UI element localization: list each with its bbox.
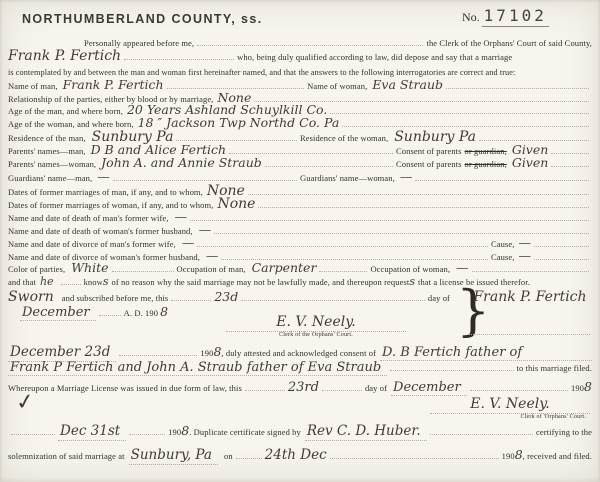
blank-line <box>330 113 589 114</box>
blank-line <box>124 59 234 60</box>
clerk-of-court-text: the Clerk of the Orphans' Court of said … <box>426 38 592 48</box>
residence-man-label: Residence of the man, <box>8 133 86 143</box>
cause-value-2: — <box>519 250 532 263</box>
sworn-handwritten: Sworn <box>8 290 54 304</box>
jurat-year-value: 8 <box>160 306 168 319</box>
consent-woman-value: Given <box>512 157 549 170</box>
blank-line <box>99 315 121 316</box>
death-mans-wife-label: Name and date of death of man's former w… <box>8 213 169 223</box>
blank-line <box>534 259 589 260</box>
guardians-row: Guardians' name—man, — Guardians' name—w… <box>8 171 592 184</box>
cause-label-2: Cause, <box>491 252 515 262</box>
blank-line <box>319 271 367 272</box>
contemplated-text: is contemplated by and between the man a… <box>8 68 515 77</box>
blank-line <box>534 246 589 247</box>
occupation-woman-value: — <box>456 262 469 275</box>
consent-man-label: Consent of parents <box>396 146 462 156</box>
ad-printed-text: A. D. 190 <box>124 308 158 318</box>
color-label: Color of parties, <box>8 264 65 274</box>
duplicate-row-2: solemnization of said marriage at Sunbur… <box>8 449 592 465</box>
license-year-value: 8 <box>584 381 592 394</box>
clerk-signature-1: E. V. Neely. <box>226 314 406 332</box>
consent-woman-label: Consent of parents <box>396 159 462 169</box>
duplicate-certificate-text: . Duplicate certificate signed by <box>189 427 301 437</box>
license-issued-row: Whereupon a Marriage License was issued … <box>8 381 592 396</box>
duplicate-year-printed: 190 <box>168 427 181 437</box>
affirmation-pre-text: and that <box>8 277 36 287</box>
intro-line-2: Frank P. Fertich who, being duly qualifi… <box>8 49 592 63</box>
duplicate-date-value: Dec 31st <box>58 425 126 441</box>
age-woman-value: 18 ″ Jackson Twp Northd Co. Pa <box>138 117 340 130</box>
parents-woman-value: John A. and Annie Straub <box>101 157 262 170</box>
guardian-woman-label: Guardians' name—woman, <box>300 173 395 183</box>
affirmation-mid-text: of no reason why the said marriage may n… <box>112 277 410 287</box>
blank-line <box>390 370 513 371</box>
consent-man-struck-text: or guardian, <box>465 146 507 156</box>
intro-line-3: is contemplated by and between the man a… <box>8 68 592 77</box>
day-of-text: day of <box>428 293 450 303</box>
parents-man-row: Parents' names—man, D B and Alice Fertic… <box>8 144 592 157</box>
license-issued-text: Whereupon a Marriage License was issued … <box>8 383 242 393</box>
name-of-woman-label: Name of woman, <box>307 81 367 91</box>
duplicate-row-1: Dec 31st 190 8 . Duplicate certificate s… <box>8 425 592 441</box>
affirmation-he-value: he <box>40 276 54 287</box>
on-text: on <box>224 451 233 461</box>
applicant-signature: Frank P. Fertich <box>473 289 586 305</box>
parents-woman-label: Parents' names—woman, <box>8 159 96 169</box>
jurat-row-1: Sworn and subscribed before me, this 23d… <box>8 290 450 304</box>
license-day-value: 23rd <box>288 381 319 394</box>
guardian-man-label: Guardians' name—man, <box>8 173 92 183</box>
blank-signature-line <box>468 334 590 335</box>
blank-line <box>176 140 297 141</box>
blank-line <box>470 390 568 391</box>
blank-line <box>129 434 165 435</box>
age-woman-row: Age of the woman, and where born, 18 ″ J… <box>8 117 592 130</box>
duplicate-signer-value: Rev C. D. Huber. <box>305 425 427 441</box>
blank-line <box>241 300 425 301</box>
guardian-woman-value: — <box>400 171 413 184</box>
blank-line <box>197 45 423 46</box>
intro-line-1: Personally appeared before me, the Clerk… <box>84 38 592 48</box>
blank-line <box>322 390 362 391</box>
parents-woman-row: Parents' names—woman, John A. and Annie … <box>8 157 592 170</box>
affirmation-row: and that he know s of no reason why the … <box>8 276 592 287</box>
blank-line <box>171 300 211 301</box>
blank-line <box>245 390 285 391</box>
affirmation-know-text: know <box>84 277 103 287</box>
guardian-man-value: — <box>97 171 110 184</box>
color-value: White <box>71 262 108 275</box>
names-row: Name of man, Frank P. Fertich Name of wo… <box>8 79 592 92</box>
attestation-row-2: Frank P Fertich and John A. Straub fathe… <box>8 361 592 376</box>
record-number-stamp: 17102 <box>482 6 549 27</box>
solemnization-text: solemnization of said marriage at <box>8 451 125 461</box>
name-of-man-value: Frank P. Fertich <box>63 79 164 92</box>
divorce-mans-wife-row: Name and date of divorce of man's former… <box>8 237 592 250</box>
clerk-signature-block-1: E. V. Neely. Clerk of the Orphans' Court… <box>226 314 406 338</box>
clerk-title-2: Clerk of 'Orphans' Court. <box>430 414 590 420</box>
cause-label-1: Cause, <box>491 239 515 249</box>
attestation-year-value: 8 <box>213 346 221 359</box>
solemnization-year-printed: 190 <box>502 451 515 461</box>
former-marriages-woman-value: None <box>217 197 255 211</box>
attestation-consent-line-2: Frank P Fertich and John A. Straub fathe… <box>8 361 387 376</box>
blank-line <box>112 271 174 272</box>
appeared-before-text: Personally appeared before me, <box>84 38 194 48</box>
residence-woman-value: Sunbury Pa <box>394 130 476 144</box>
occupation-man-label: Occupation of man, <box>177 264 246 274</box>
county-heading: NORTHUMBERLAND COUNTY, ss. <box>22 12 263 26</box>
blank-line <box>446 88 589 89</box>
blank-line <box>61 284 81 285</box>
former-marriages-woman-row: Dates of former marriages of woman, if a… <box>8 197 592 211</box>
license-year-printed: 190 <box>571 383 584 393</box>
blank-line <box>430 434 533 435</box>
blank-line <box>119 355 197 356</box>
applicant-name-handwritten: Frank P. Fertich <box>8 49 121 63</box>
death-womans-husband-row: Name and date of death of woman's former… <box>8 224 592 237</box>
solemnization-date-value: 24th Dec <box>265 449 327 463</box>
qualified-text: who, being duly qualified according to l… <box>237 52 512 62</box>
blank-line <box>236 458 262 459</box>
divorce-womans-husband-value: — <box>206 250 219 263</box>
occupation-woman-label: Occupation of woman, <box>370 264 450 274</box>
blank-line <box>472 271 589 272</box>
received-filed-text: , received and filed. <box>523 451 592 461</box>
blank-line <box>330 458 499 459</box>
death-womans-husband-value: — <box>199 224 212 237</box>
blank-line <box>265 166 393 167</box>
blank-line <box>197 246 488 247</box>
age-man-label: Age of the man, and where born, <box>8 106 123 116</box>
solemnization-year-value: 8 <box>515 449 523 462</box>
attestation-year-printed: 190 <box>200 348 213 358</box>
solemnization-place-value: Sunbury, Pa <box>129 449 218 465</box>
blank-line <box>551 166 589 167</box>
death-mans-wife-value: — <box>175 211 188 224</box>
jurat-day-value: 23d <box>214 291 238 304</box>
blank-line <box>214 233 589 234</box>
name-of-man-label: Name of man, <box>8 81 58 91</box>
certifying-text: certifying to the <box>536 427 592 437</box>
consent-woman-struck-text: or guardian, <box>465 159 507 169</box>
license-day-of-text: day of <box>365 383 387 393</box>
license-month-value: December <box>391 381 467 396</box>
death-womans-husband-label: Name and date of death of woman's former… <box>8 226 193 236</box>
age-woman-label: Age of the woman, and where born, <box>8 119 134 129</box>
former-marriages-man-label: Dates of former marriages of man, if any… <box>8 187 203 197</box>
blank-line <box>551 153 589 154</box>
blank-line <box>11 434 55 435</box>
blank-line <box>258 207 589 208</box>
jurat-month-value: December <box>20 306 96 321</box>
subscribed-text: and subscribed before me, this <box>62 293 169 303</box>
former-marriages-man-row: Dates of former marriages of man, if any… <box>8 184 592 198</box>
attested-text: , duly attested and acknowledged consent… <box>221 348 376 358</box>
marriage-record-document: NORTHUMBERLAND COUNTY, ss. No. 17102 Per… <box>0 0 600 482</box>
parents-man-label: Parents' names—man, <box>8 146 86 156</box>
divorce-mans-wife-label: Name and date of divorce of man's former… <box>8 239 176 249</box>
blank-line <box>167 88 305 89</box>
clerk-title-1: Clerk of the Orphans' Court. <box>226 332 406 338</box>
jurat-row-2: December A. D. 190 8 <box>20 306 260 321</box>
affirmation-s-mark-1: s <box>103 276 109 287</box>
duplicate-year-value: 8 <box>181 425 189 438</box>
applicant-signature-block: Frank P. Fertich <box>466 288 594 306</box>
color-occupation-row: Color of parties, White Occupation of ma… <box>8 262 592 275</box>
attestation-consent-line-1: D. B Fertich father of <box>380 346 592 361</box>
blank-line <box>248 194 589 195</box>
marriage-filed-text: to this marriage filed. <box>517 363 592 373</box>
name-of-woman-value: Eva Straub <box>372 79 443 92</box>
clerk-signature-2: E. V. Neely. <box>430 396 590 414</box>
blank-line <box>190 220 589 221</box>
blank-line <box>479 140 589 141</box>
check-mark: ✓ <box>14 389 36 416</box>
blank-line <box>415 180 589 181</box>
blank-line <box>113 180 297 181</box>
divorce-mans-wife-value: — <box>182 237 195 250</box>
affirmation-s-mark-2: s <box>409 276 415 287</box>
record-number-label: No. <box>462 10 480 25</box>
occupation-man-value: Carpenter <box>252 262 317 275</box>
residence-woman-label: Residence of the woman, <box>300 133 388 143</box>
blank-line <box>229 153 393 154</box>
blank-line <box>342 126 589 127</box>
record-number: No. 17102 <box>462 6 549 27</box>
clerk-signature-block-2: E. V. Neely. Clerk of 'Orphans' Court. <box>430 396 590 420</box>
death-mans-wife-row: Name and date of death of man's former w… <box>8 211 592 224</box>
